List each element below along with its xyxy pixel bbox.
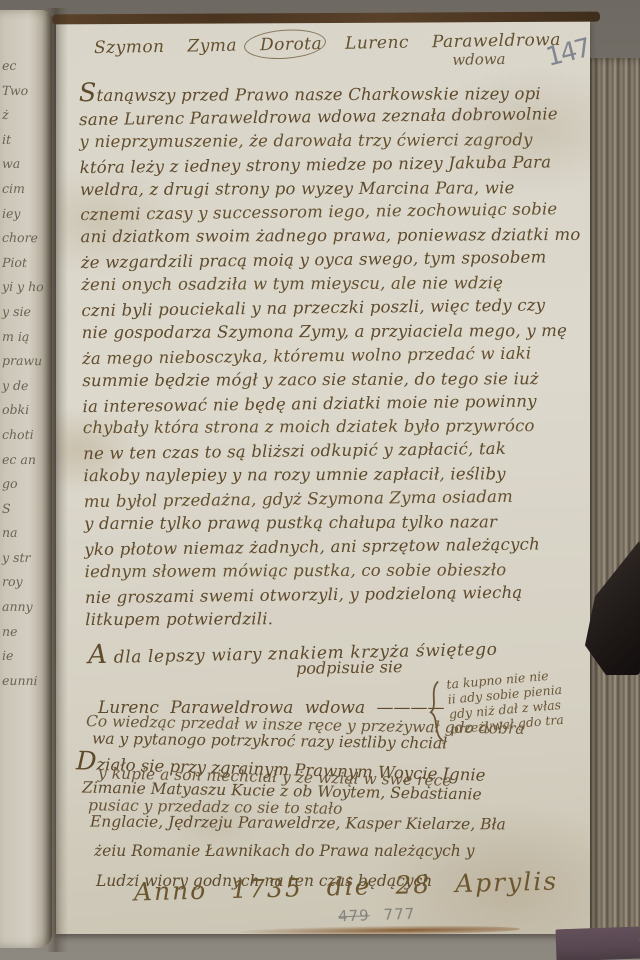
- book-fore-edge-pages: [588, 58, 640, 938]
- text-line: która leży z iedney strony miedze po niz…: [80, 150, 586, 180]
- signature-line: podpisuie sie: [296, 657, 403, 678]
- text-line: nie gospodarza Szymona Zymy, a przyiacie…: [82, 319, 588, 345]
- text-line: iednym słowem mówiąc pustka, co sobie ob…: [85, 558, 591, 584]
- text-line: żeni onych osadziła w tym mieyscu, ale n…: [81, 271, 587, 297]
- margin-fragment: anny: [0, 599, 46, 624]
- text-line: Stanąwszy przed Prawo nasze Charkowskie …: [79, 80, 585, 106]
- text-line: żeiu Romanie Ławnikach do Prawa należący…: [94, 842, 474, 860]
- margin-fragment: y de: [0, 378, 46, 403]
- margin-fragment: iey: [0, 205, 46, 230]
- margin-fragment: ne: [0, 623, 46, 648]
- text-line: ani dziatkom swoim żadnego prawa, poniew…: [80, 223, 586, 249]
- previous-page-edge: ec Two ż it wa cim iey chore Piot yi y h…: [0, 10, 52, 948]
- manuscript-body-text: Stanąwszy przed Prawo nasze Charkowskie …: [79, 78, 592, 634]
- text-line: nie groszami swemi otworzyli, y podzielo…: [85, 580, 591, 610]
- pencil-number-struck: 479: [338, 906, 370, 925]
- text-line: y nieprzymuszenie, że darowała trzy ćwie…: [79, 128, 585, 154]
- manuscript-page: 147 Szymon Zyma Dorota Lurenc Paraweldro…: [56, 20, 590, 934]
- margin-fragment: wa: [0, 156, 46, 181]
- top-leather-edge: [52, 12, 600, 25]
- margin-fragment: na: [0, 525, 46, 550]
- margin-fragment: roy: [0, 574, 46, 599]
- margin-fragment: prawu: [0, 353, 46, 378]
- margin-fragment: yi y ho: [0, 279, 46, 304]
- pencil-annotations: 479777: [338, 905, 416, 926]
- margin-fragment: m ią: [0, 328, 46, 353]
- margin-fragment: obki: [0, 402, 46, 427]
- margin-fragment: ż: [0, 107, 46, 132]
- margin-fragment: chore: [0, 230, 46, 255]
- book-cover-corner: [555, 927, 640, 960]
- pencil-number: 777: [383, 905, 415, 924]
- circled-word-ellipse: [243, 27, 327, 62]
- manuscript-photo: ec Two ż it wa cim iey chore Piot yi y h…: [0, 0, 640, 960]
- text-line: y darnie tylko prawą pustką chałupa tylk…: [84, 510, 590, 536]
- text-line: summie będzie mógł y zaco sie stanie, do…: [82, 367, 588, 393]
- attestation-line: A dla lepszy wiary znakiem krzyża święte…: [88, 632, 498, 671]
- text-line: chybały która strona z moich dziatek był…: [83, 414, 589, 440]
- text-line: iakoby naylepiey y na rozy umnie zapłaci…: [83, 462, 589, 488]
- margin-fragment: y str: [0, 550, 46, 575]
- text-line: weldra, z drugi strony po wyzey Marcina …: [80, 175, 586, 201]
- header-subtitle: wdowa: [452, 50, 506, 69]
- text-line: litkupem potwierdzili.: [85, 605, 591, 631]
- margin-fragment: ec: [0, 58, 46, 83]
- margin-fragment: y sie: [0, 304, 46, 329]
- book-gutter-shadow: [46, 8, 68, 952]
- margin-fragment: ie: [0, 648, 46, 673]
- margin-fragment: S: [0, 500, 46, 525]
- margin-fragment: it: [0, 132, 46, 157]
- text-line: Englacie, Jędrzeju Paraweldrze, Kasper K…: [90, 813, 506, 834]
- margin-fragment: choti: [0, 427, 46, 452]
- previous-page-text-fragments: ec Two ż it wa cim iey chore Piot yi y h…: [0, 58, 46, 697]
- margin-fragment: Two: [0, 82, 46, 107]
- page-header: Szymon Zyma Dorota Lurenc Paraweldrowa w…: [94, 30, 564, 58]
- margin-fragment: go: [0, 476, 46, 501]
- margin-fragment: Piot: [0, 255, 46, 280]
- margin-fragment: cim: [0, 181, 46, 206]
- margin-fragment: eunni: [0, 673, 46, 698]
- margin-fragment: ec an: [0, 451, 46, 476]
